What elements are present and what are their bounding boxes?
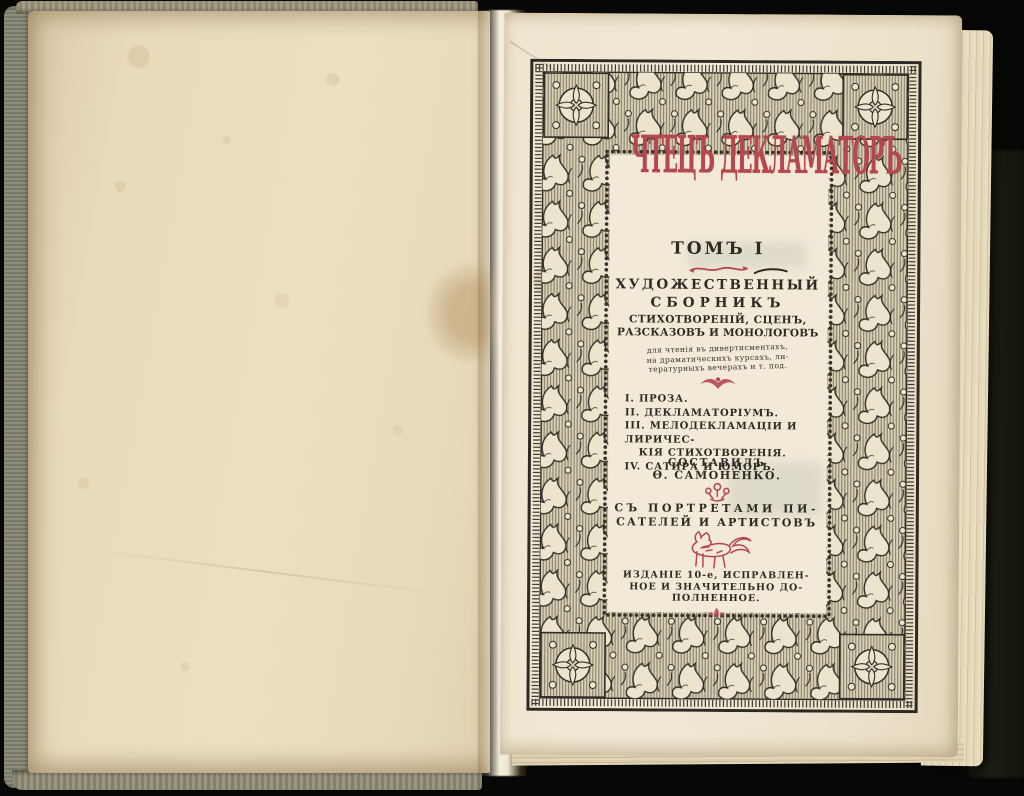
contents-item: I. ПРОЗА.: [625, 392, 827, 407]
subtitle-line: РАЗСКАЗОВЪ И МОНОЛОГОВЪ: [608, 326, 827, 339]
subtitle-line: СТИХОТВОРЕНІЙ, СЦЕНЪ,: [608, 313, 827, 326]
edition-note-line: НОЕ И ЗНАЧИТЕЛЬНО ДО-: [607, 581, 826, 594]
paper-crease: [89, 549, 447, 595]
edition-note: ИЗДАНІЕ 10-е, ИСПРАВЛЕН- НОЕ И ЗНАЧИТЕЛЬ…: [607, 569, 826, 605]
red-bird-ornament: [608, 374, 827, 391]
volume-label: ТОМЪ I: [609, 238, 828, 259]
red-fleuron-ornament: [607, 606, 826, 620]
red-fox-figure: [607, 528, 826, 571]
subtitle-line: ХУДОЖЕСТВЕННЫЙ: [609, 276, 828, 293]
red-floral-sprig-ornament: [607, 480, 826, 503]
photo-of-open-book: ЧТЕЦЪ ДЕКЛАМАТОРЪ ТОМЪ I ХУДОЖЕСТВЕННЫЙ …: [0, 0, 1024, 796]
red-flourish-ornament: [609, 262, 828, 275]
portraits-note-line: СЪ ПОРТРЕТАМИ ПИ-: [607, 501, 826, 515]
edition-note-line: ПОЛНЕННОЕ.: [607, 592, 826, 605]
black-dash-ornament: [751, 267, 791, 275]
edition-note-line: ИЗДАНІЕ 10-е, ИСПРАВЛЕН-: [607, 569, 826, 582]
left-blank-page: [28, 11, 490, 773]
portraits-note-line: САТЕЛЕЙ И АРТИСТОВЪ: [607, 515, 826, 529]
subtitle-line: СБОРНИКЪ: [608, 294, 827, 311]
contents-item: II. ДЕКЛАМАТОРІУМЪ.: [625, 406, 827, 421]
title-page-text-panel: ЧТЕЦЪ ДЕКЛАМАТОРЪ ТОМЪ I ХУДОЖЕСТВЕННЫЙ …: [607, 154, 829, 613]
cover-cloth-bottom-edge: [12, 770, 482, 790]
title-page: ЧТЕЦЪ ДЕКЛАМАТОРЪ ТОМЪ I ХУДОЖЕСТВЕННЫЙ …: [500, 13, 963, 758]
usage-note: для чтенія въ дивертисментахъ, на драмат…: [608, 341, 828, 376]
contents-item: III. МЕЛОДЕКЛАМАЦІИ И ЛИРИЧЕС-: [625, 420, 827, 448]
